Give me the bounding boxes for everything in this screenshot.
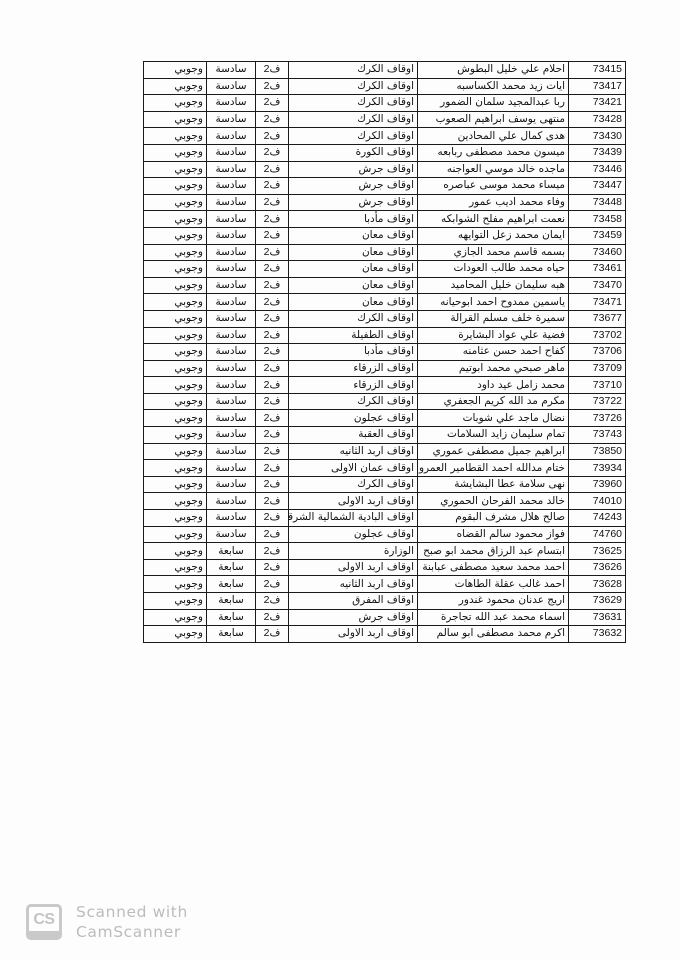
employee-name-cell: فضية علي عواد البشايرة xyxy=(418,327,569,344)
table-row: 73459ايمان محمد زعل التوايههاوقاف معانف2… xyxy=(144,227,626,244)
semester-cell: ف2 xyxy=(256,626,289,643)
employee-id-cell: 73850 xyxy=(569,443,626,460)
course-type-cell: وجوبي xyxy=(144,476,207,493)
employee-name-cell: صالح هلال مشرف البقوم xyxy=(418,510,569,527)
directorate-cell: اوقاف عجلون xyxy=(289,410,418,427)
semester-cell: ف2 xyxy=(256,62,289,79)
table-row: 74760فواز محمود سالم القضاهاوقاف عجلونف2… xyxy=(144,526,626,543)
table-row: 73448وفاء محمد اديب عموراوقاف جرشف2سادسة… xyxy=(144,194,626,211)
employee-id-cell: 73743 xyxy=(569,427,626,444)
employee-name-cell: خالد محمد الفرحان الحموري xyxy=(418,493,569,510)
directorate-cell: اوقاف معان xyxy=(289,277,418,294)
semester-cell: ف2 xyxy=(256,95,289,112)
employee-name-cell: ايات زيد محمد الكساسبه xyxy=(418,78,569,95)
grade-cell: سادسة xyxy=(207,443,256,460)
course-type-cell: وجوبي xyxy=(144,161,207,178)
semester-cell: ف2 xyxy=(256,593,289,610)
scanned-page: 73415احلام علي خليل البطوشاوقاف الكركف2س… xyxy=(0,0,680,960)
table-row: 73722مكرم مد الله كريم الجعفرياوقاف الكر… xyxy=(144,393,626,410)
table-row: 73632اكرم محمد مصطفى ابو سالماوقاف اربد … xyxy=(144,626,626,643)
semester-cell: ف2 xyxy=(256,609,289,626)
employee-id-cell: 74243 xyxy=(569,510,626,527)
course-type-cell: وجوبي xyxy=(144,443,207,460)
table-row: 73629اريج عدنان محمود غندوراوقاف المفرقف… xyxy=(144,593,626,610)
semester-cell: ف2 xyxy=(256,244,289,261)
semester-cell: ف2 xyxy=(256,111,289,128)
semester-cell: ف2 xyxy=(256,310,289,327)
employee-name-cell: احمد محمد سعيد مصطفى عبابنة xyxy=(418,559,569,576)
grade-cell: سادسة xyxy=(207,476,256,493)
course-type-cell: وجوبي xyxy=(144,227,207,244)
grade-cell: سادسة xyxy=(207,178,256,195)
employee-id-cell: 73628 xyxy=(569,576,626,593)
course-type-cell: وجوبي xyxy=(144,410,207,427)
semester-cell: ف2 xyxy=(256,194,289,211)
employee-name-cell: ياسمين ممدوح احمد ابوحيانه xyxy=(418,294,569,311)
employee-id-cell: 73470 xyxy=(569,277,626,294)
course-type-cell: وجوبي xyxy=(144,427,207,444)
directorate-cell: اوقاف اربد الاولى xyxy=(289,493,418,510)
grade-cell: سادسة xyxy=(207,294,256,311)
grade-cell: سادسة xyxy=(207,410,256,427)
employee-roster-table: 73415احلام علي خليل البطوشاوقاف الكركف2س… xyxy=(143,61,626,643)
employee-id-cell: 73706 xyxy=(569,344,626,361)
course-type-cell: وجوبي xyxy=(144,393,207,410)
employee-name-cell: ماجده خالد موسي العواجنه xyxy=(418,161,569,178)
course-type-cell: وجوبي xyxy=(144,95,207,112)
directorate-cell: اوقاف الكرك xyxy=(289,78,418,95)
employee-id-cell: 73459 xyxy=(569,227,626,244)
employee-id-cell: 74010 xyxy=(569,493,626,510)
semester-cell: ف2 xyxy=(256,144,289,161)
table-row: 73702فضية علي عواد البشايرةاوقاف الطفيلة… xyxy=(144,327,626,344)
employee-name-cell: منتهى يوسف ابراهيم الصعوب xyxy=(418,111,569,128)
directorate-cell: اوقاف الطفيلة xyxy=(289,327,418,344)
table-row: 73934ختام مدالله احمد القطامير العمرواوق… xyxy=(144,460,626,477)
course-type-cell: وجوبي xyxy=(144,310,207,327)
employee-id-cell: 73709 xyxy=(569,360,626,377)
grade-cell: سادسة xyxy=(207,144,256,161)
table-row: 73447ميساء محمد موسى عباصرهاوقاف جرشف2سا… xyxy=(144,178,626,195)
grade-cell: سادسة xyxy=(207,427,256,444)
employee-id-cell: 73446 xyxy=(569,161,626,178)
table-row: 73461حياه محمد طالب العوداتاوقاف معانف2س… xyxy=(144,261,626,278)
watermark-line2: CamScanner xyxy=(76,922,188,942)
directorate-cell: اوقاف الكرك xyxy=(289,111,418,128)
employee-id-cell: 73626 xyxy=(569,559,626,576)
semester-cell: ف2 xyxy=(256,443,289,460)
employee-id-cell: 73710 xyxy=(569,377,626,394)
grade-cell: سادسة xyxy=(207,227,256,244)
employee-id-cell: 73417 xyxy=(569,78,626,95)
course-type-cell: وجوبي xyxy=(144,327,207,344)
grade-cell: سادسة xyxy=(207,460,256,477)
semester-cell: ف2 xyxy=(256,410,289,427)
table-row: 73417ايات زيد محمد الكساسبهاوقاف الكركف2… xyxy=(144,78,626,95)
employee-name-cell: ختام مدالله احمد القطامير العمرو xyxy=(418,460,569,477)
directorate-cell: اوقاف الزرقاء xyxy=(289,377,418,394)
course-type-cell: وجوبي xyxy=(144,244,207,261)
table-row: 73726نضال ماجد علي شوباتاوقاف عجلونف2ساد… xyxy=(144,410,626,427)
table-row: 73631اسماء محمد عبد الله تجاجرةاوقاف جرش… xyxy=(144,609,626,626)
table-row: 73428منتهى يوسف ابراهيم الصعوباوقاف الكر… xyxy=(144,111,626,128)
employee-id-cell: 73631 xyxy=(569,609,626,626)
grade-cell: سابعة xyxy=(207,576,256,593)
grade-cell: سابعة xyxy=(207,609,256,626)
table-row: 73415احلام علي خليل البطوشاوقاف الكركف2س… xyxy=(144,62,626,79)
camscanner-logo-icon: CS xyxy=(26,904,62,940)
employee-id-cell: 73702 xyxy=(569,327,626,344)
directorate-cell: اوقاف عجلون xyxy=(289,526,418,543)
employee-id-cell: 73722 xyxy=(569,393,626,410)
grade-cell: سادسة xyxy=(207,344,256,361)
directorate-cell: اوقاف معان xyxy=(289,244,418,261)
employee-id-cell: 73460 xyxy=(569,244,626,261)
semester-cell: ف2 xyxy=(256,543,289,560)
grade-cell: سادسة xyxy=(207,211,256,228)
employee-id-cell: 73960 xyxy=(569,476,626,493)
employee-id-cell: 74760 xyxy=(569,526,626,543)
employee-name-cell: مكرم مد الله كريم الجعفري xyxy=(418,393,569,410)
directorate-cell: اوقاف الزرقاء xyxy=(289,360,418,377)
employee-id-cell: 73677 xyxy=(569,310,626,327)
employee-name-cell: تمام سليمان زايد السلامات xyxy=(418,427,569,444)
directorate-cell: اوقاف مأدبا xyxy=(289,344,418,361)
table-row: 73471ياسمين ممدوح احمد ابوحيانهاوقاف معا… xyxy=(144,294,626,311)
directorate-cell: اوقاف جرش xyxy=(289,178,418,195)
employee-name-cell: اكرم محمد مصطفى ابو سالم xyxy=(418,626,569,643)
employee-name-cell: سميرة خلف مسلم القرالة xyxy=(418,310,569,327)
course-type-cell: وجوبي xyxy=(144,526,207,543)
directorate-cell: اوقاف الكرك xyxy=(289,476,418,493)
employee-name-cell: اسماء محمد عبد الله تجاجرة xyxy=(418,609,569,626)
watermark-line1: Scanned with xyxy=(76,902,188,922)
directorate-cell: اوقاف الكورة xyxy=(289,144,418,161)
semester-cell: ف2 xyxy=(256,360,289,377)
course-type-cell: وجوبي xyxy=(144,194,207,211)
course-type-cell: وجوبي xyxy=(144,128,207,145)
semester-cell: ف2 xyxy=(256,178,289,195)
employee-name-cell: ماهر صبحي محمد ابوتيم xyxy=(418,360,569,377)
semester-cell: ف2 xyxy=(256,344,289,361)
course-type-cell: وجوبي xyxy=(144,510,207,527)
course-type-cell: وجوبي xyxy=(144,344,207,361)
table-row: 73439ميسون محمد مصطفى ربابعهاوقاف الكورة… xyxy=(144,144,626,161)
semester-cell: ف2 xyxy=(256,128,289,145)
course-type-cell: وجوبي xyxy=(144,609,207,626)
employee-id-cell: 73447 xyxy=(569,178,626,195)
grade-cell: سادسة xyxy=(207,393,256,410)
directorate-cell: اوقاف المفرق xyxy=(289,593,418,610)
table-row: 73446ماجده خالد موسي العواجنهاوقاف جرشف2… xyxy=(144,161,626,178)
table-row: 73470هبه سليمان خليل المحاميداوقاف معانف… xyxy=(144,277,626,294)
table-row: 73460بسمه قاسم محمد الجازياوقاف معانف2سا… xyxy=(144,244,626,261)
grade-cell: سابعة xyxy=(207,593,256,610)
course-type-cell: وجوبي xyxy=(144,543,207,560)
semester-cell: ف2 xyxy=(256,460,289,477)
semester-cell: ف2 xyxy=(256,277,289,294)
grade-cell: سادسة xyxy=(207,244,256,261)
employee-name-cell: نضال ماجد علي شوبات xyxy=(418,410,569,427)
grade-cell: سادسة xyxy=(207,128,256,145)
table-row: 73458نعمت ابراهيم مفلح الشوابكهاوقاف مأد… xyxy=(144,211,626,228)
semester-cell: ف2 xyxy=(256,377,289,394)
directorate-cell: اوقاف جرش xyxy=(289,194,418,211)
employee-name-cell: حياه محمد طالب العودات xyxy=(418,261,569,278)
course-type-cell: وجوبي xyxy=(144,294,207,311)
directorate-cell: اوقاف جرش xyxy=(289,609,418,626)
semester-cell: ف2 xyxy=(256,294,289,311)
directorate-cell: اوقاف البادية الشمالية الشرقية xyxy=(289,510,418,527)
employee-name-cell: فواز محمود سالم القضاه xyxy=(418,526,569,543)
employee-id-cell: 73430 xyxy=(569,128,626,145)
directorate-cell: الوزارة xyxy=(289,543,418,560)
employee-id-cell: 73625 xyxy=(569,543,626,560)
employee-name-cell: كفاح احمد حسن عثامنه xyxy=(418,344,569,361)
semester-cell: ف2 xyxy=(256,227,289,244)
grade-cell: سابعة xyxy=(207,559,256,576)
grade-cell: سادسة xyxy=(207,360,256,377)
grade-cell: سادسة xyxy=(207,261,256,278)
directorate-cell: اوقاف الكرك xyxy=(289,62,418,79)
table-row: 74010خالد محمد الفرحان الحمورياوقاف اربد… xyxy=(144,493,626,510)
employee-id-cell: 73421 xyxy=(569,95,626,112)
grade-cell: سادسة xyxy=(207,95,256,112)
course-type-cell: وجوبي xyxy=(144,261,207,278)
course-type-cell: وجوبي xyxy=(144,144,207,161)
table-row: 74243صالح هلال مشرف البقوماوقاف البادية … xyxy=(144,510,626,527)
course-type-cell: وجوبي xyxy=(144,626,207,643)
grade-cell: سادسة xyxy=(207,111,256,128)
course-type-cell: وجوبي xyxy=(144,78,207,95)
employee-name-cell: ميساء محمد موسى عباصره xyxy=(418,178,569,195)
roster-body: 73415احلام علي خليل البطوشاوقاف الكركف2س… xyxy=(144,62,626,643)
table-row: 73421ربا عبدالمجيد سلمان الضموراوقاف الك… xyxy=(144,95,626,112)
directorate-cell: اوقاف الكرك xyxy=(289,393,418,410)
employee-name-cell: اريج عدنان محمود غندور xyxy=(418,593,569,610)
employee-id-cell: 73439 xyxy=(569,144,626,161)
employee-name-cell: هبه سليمان خليل المحاميد xyxy=(418,277,569,294)
employee-name-cell: ابتسام عبد الرزاق محمد ابو صبح xyxy=(418,543,569,560)
table-row: 73628احمد غالب عقلة الطاهاتاوقاف اربد ال… xyxy=(144,576,626,593)
semester-cell: ف2 xyxy=(256,510,289,527)
grade-cell: سادسة xyxy=(207,78,256,95)
grade-cell: سادسة xyxy=(207,327,256,344)
employee-id-cell: 73415 xyxy=(569,62,626,79)
grade-cell: سادسة xyxy=(207,526,256,543)
directorate-cell: اوقاف جرش xyxy=(289,161,418,178)
employee-name-cell: نهى سلامة عطا البشايشة xyxy=(418,476,569,493)
employee-name-cell: احمد غالب عقلة الطاهات xyxy=(418,576,569,593)
directorate-cell: اوقاف عمان الاولى xyxy=(289,460,418,477)
course-type-cell: وجوبي xyxy=(144,576,207,593)
grade-cell: سادسة xyxy=(207,493,256,510)
semester-cell: ف2 xyxy=(256,261,289,278)
employee-id-cell: 73632 xyxy=(569,626,626,643)
semester-cell: ف2 xyxy=(256,576,289,593)
directorate-cell: اوقاف اربد الاولى xyxy=(289,559,418,576)
employee-name-cell: ايمان محمد زعل التوايهه xyxy=(418,227,569,244)
employee-name-cell: نعمت ابراهيم مفلح الشوابكه xyxy=(418,211,569,228)
semester-cell: ف2 xyxy=(256,211,289,228)
semester-cell: ف2 xyxy=(256,327,289,344)
table-row: 73430هدى كمال علي المحاديناوقاف الكركف2س… xyxy=(144,128,626,145)
directorate-cell: اوقاف الكرك xyxy=(289,95,418,112)
semester-cell: ف2 xyxy=(256,393,289,410)
employee-id-cell: 73934 xyxy=(569,460,626,477)
semester-cell: ف2 xyxy=(256,161,289,178)
grade-cell: سادسة xyxy=(207,510,256,527)
table-row: 73706كفاح احمد حسن عثامنهاوقاف مأدباف2سا… xyxy=(144,344,626,361)
semester-cell: ف2 xyxy=(256,559,289,576)
course-type-cell: وجوبي xyxy=(144,360,207,377)
camscanner-watermark: CS Scanned with CamScanner xyxy=(26,902,188,942)
directorate-cell: اوقاف معان xyxy=(289,294,418,311)
directorate-cell: اوقاف مأدبا xyxy=(289,211,418,228)
employee-id-cell: 73629 xyxy=(569,593,626,610)
course-type-cell: وجوبي xyxy=(144,62,207,79)
course-type-cell: وجوبي xyxy=(144,211,207,228)
semester-cell: ف2 xyxy=(256,78,289,95)
course-type-cell: وجوبي xyxy=(144,377,207,394)
grade-cell: سابعة xyxy=(207,543,256,560)
course-type-cell: وجوبي xyxy=(144,493,207,510)
employee-name-cell: هدى كمال علي المحادين xyxy=(418,128,569,145)
employee-name-cell: بسمه قاسم محمد الجازي xyxy=(418,244,569,261)
course-type-cell: وجوبي xyxy=(144,111,207,128)
logo-text: CS xyxy=(33,911,54,929)
employee-id-cell: 73471 xyxy=(569,294,626,311)
table-row: 73743تمام سليمان زايد السلاماتاوقاف العق… xyxy=(144,427,626,444)
grade-cell: سادسة xyxy=(207,377,256,394)
employee-id-cell: 73461 xyxy=(569,261,626,278)
table-row: 73677سميرة خلف مسلم القرالةاوقاف الكركف2… xyxy=(144,310,626,327)
semester-cell: ف2 xyxy=(256,526,289,543)
table-row: 73625ابتسام عبد الرزاق محمد ابو صبحالوزا… xyxy=(144,543,626,560)
employee-id-cell: 73448 xyxy=(569,194,626,211)
grade-cell: سادسة xyxy=(207,277,256,294)
table-row: 73710محمد زامل عيد داوداوقاف الزرقاءف2سا… xyxy=(144,377,626,394)
directorate-cell: اوقاف معان xyxy=(289,227,418,244)
table-row: 73709ماهر صبحي محمد ابوتيماوقاف الزرقاءف… xyxy=(144,360,626,377)
employee-name-cell: ابراهيم جميل مصطفى عموري xyxy=(418,443,569,460)
watermark-text: Scanned with CamScanner xyxy=(76,902,188,942)
directorate-cell: اوقاف العقبة xyxy=(289,427,418,444)
directorate-cell: اوقاف اربد الثانيه xyxy=(289,443,418,460)
grade-cell: سابعة xyxy=(207,626,256,643)
course-type-cell: وجوبي xyxy=(144,178,207,195)
directorate-cell: اوقاف الكرك xyxy=(289,310,418,327)
employee-name-cell: احلام علي خليل البطوش xyxy=(418,62,569,79)
directorate-cell: اوقاف اربد الثانيه xyxy=(289,576,418,593)
course-type-cell: وجوبي xyxy=(144,559,207,576)
employee-name-cell: ميسون محمد مصطفى ربابعه xyxy=(418,144,569,161)
directorate-cell: اوقاف الكرك xyxy=(289,128,418,145)
course-type-cell: وجوبي xyxy=(144,460,207,477)
semester-cell: ف2 xyxy=(256,427,289,444)
employee-name-cell: ربا عبدالمجيد سلمان الضمور xyxy=(418,95,569,112)
table-row: 73626احمد محمد سعيد مصطفى عبابنةاوقاف ار… xyxy=(144,559,626,576)
grade-cell: سادسة xyxy=(207,310,256,327)
employee-name-cell: وفاء محمد اديب عمور xyxy=(418,194,569,211)
table-row: 73850ابراهيم جميل مصطفى عمورياوقاف اربد … xyxy=(144,443,626,460)
employee-id-cell: 73726 xyxy=(569,410,626,427)
employee-id-cell: 73428 xyxy=(569,111,626,128)
employee-name-cell: محمد زامل عيد داود xyxy=(418,377,569,394)
grade-cell: سادسة xyxy=(207,194,256,211)
directorate-cell: اوقاف اربد الاولى xyxy=(289,626,418,643)
table-row: 73960نهى سلامة عطا البشايشةاوقاف الكركف2… xyxy=(144,476,626,493)
directorate-cell: اوقاف معان xyxy=(289,261,418,278)
semester-cell: ف2 xyxy=(256,493,289,510)
course-type-cell: وجوبي xyxy=(144,593,207,610)
employee-id-cell: 73458 xyxy=(569,211,626,228)
grade-cell: سادسة xyxy=(207,161,256,178)
semester-cell: ف2 xyxy=(256,476,289,493)
grade-cell: سادسة xyxy=(207,62,256,79)
course-type-cell: وجوبي xyxy=(144,277,207,294)
